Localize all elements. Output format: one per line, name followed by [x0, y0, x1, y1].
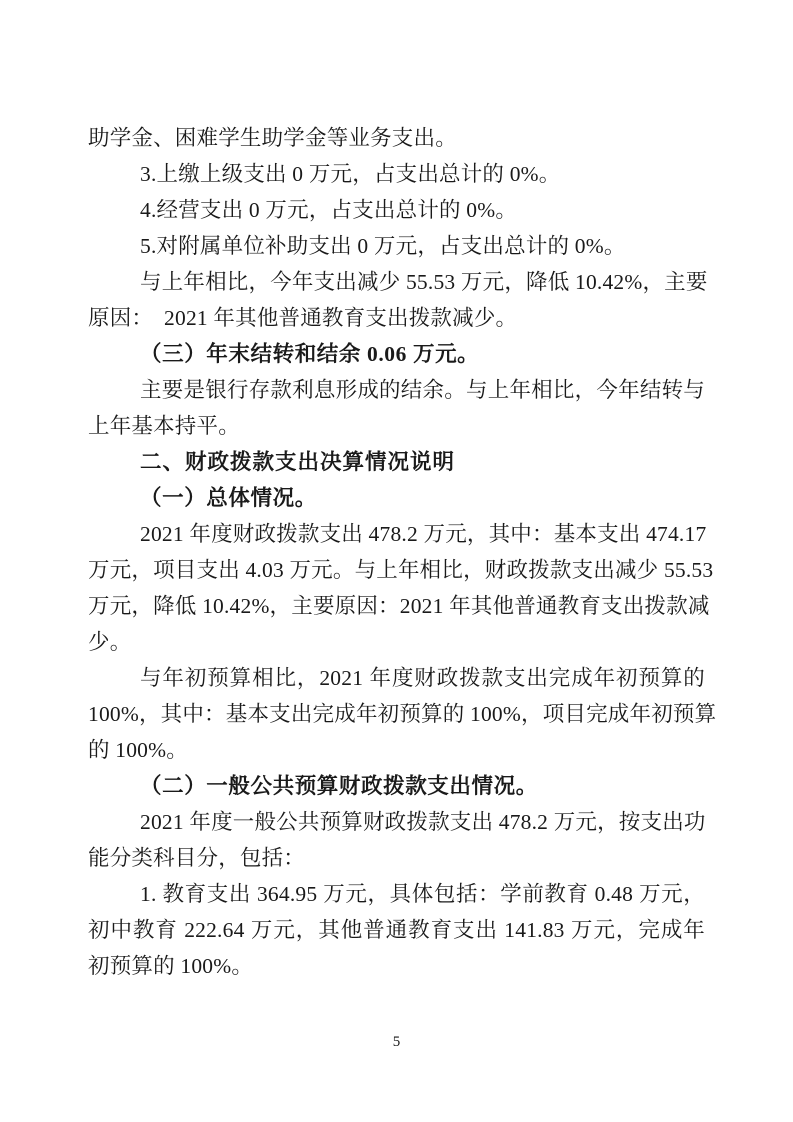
body-line: 的 100%。 — [88, 732, 705, 768]
section-heading-l2: （二）一般公共预算财政拨款支出情况。 — [88, 768, 705, 804]
body-line: 万元，降低 10.42%，主要原因：2021 年其他普通教育支出拨款减 — [88, 588, 705, 624]
document-body: 助学金、困难学生助学金等业务支出。 3.上缴上级支出 0 万元，占支出总计的 0… — [88, 120, 705, 984]
body-line: 初中教育 222.64 万元，其他普通教育支出 141.83 万元，完成年 — [88, 912, 705, 948]
body-line: 1. 教育支出 364.95 万元，具体包括：学前教育 0.48 万元， — [88, 876, 705, 912]
section-heading-l1: 二、财政拨款支出决算情况说明 — [88, 444, 705, 480]
body-line: 初预算的 100%。 — [88, 948, 705, 984]
body-line: 万元，项目支出 4.03 万元。与上年相比，财政拨款支出减少 55.53 — [88, 552, 705, 588]
section-heading-l2: （三）年末结转和结余 0.06 万元。 — [88, 336, 705, 372]
body-line: 原因： 2021 年其他普通教育支出拨款减少。 — [88, 300, 705, 336]
body-line: 与上年相比，今年支出减少 55.53 万元，降低 10.42%，主要 — [88, 264, 705, 300]
body-line: 主要是银行存款利息形成的结余。与上年相比，今年结转与 — [88, 372, 705, 408]
body-line: 少。 — [88, 624, 705, 660]
body-line: 与年初预算相比，2021 年度财政拨款支出完成年初预算的 — [88, 660, 705, 696]
document-page: 助学金、困难学生助学金等业务支出。 3.上缴上级支出 0 万元，占支出总计的 0… — [0, 0, 793, 1122]
body-line: 能分类科目分，包括： — [88, 840, 705, 876]
section-heading-l2: （一）总体情况。 — [88, 480, 705, 516]
body-line: 100%，其中：基本支出完成年初预算的 100%，项目完成年初预算 — [88, 696, 705, 732]
page-number: 5 — [0, 1032, 793, 1052]
body-line: 2021 年度一般公共预算财政拨款支出 478.2 万元，按支出功 — [88, 804, 705, 840]
body-line: 上年基本持平。 — [88, 408, 705, 444]
body-line: 助学金、困难学生助学金等业务支出。 — [88, 120, 705, 156]
body-line: 4.经营支出 0 万元，占支出总计的 0%。 — [88, 192, 705, 228]
body-line: 3.上缴上级支出 0 万元，占支出总计的 0%。 — [88, 156, 705, 192]
body-line: 5.对附属单位补助支出 0 万元，占支出总计的 0%。 — [88, 228, 705, 264]
body-line: 2021 年度财政拨款支出 478.2 万元，其中：基本支出 474.17 — [88, 516, 705, 552]
